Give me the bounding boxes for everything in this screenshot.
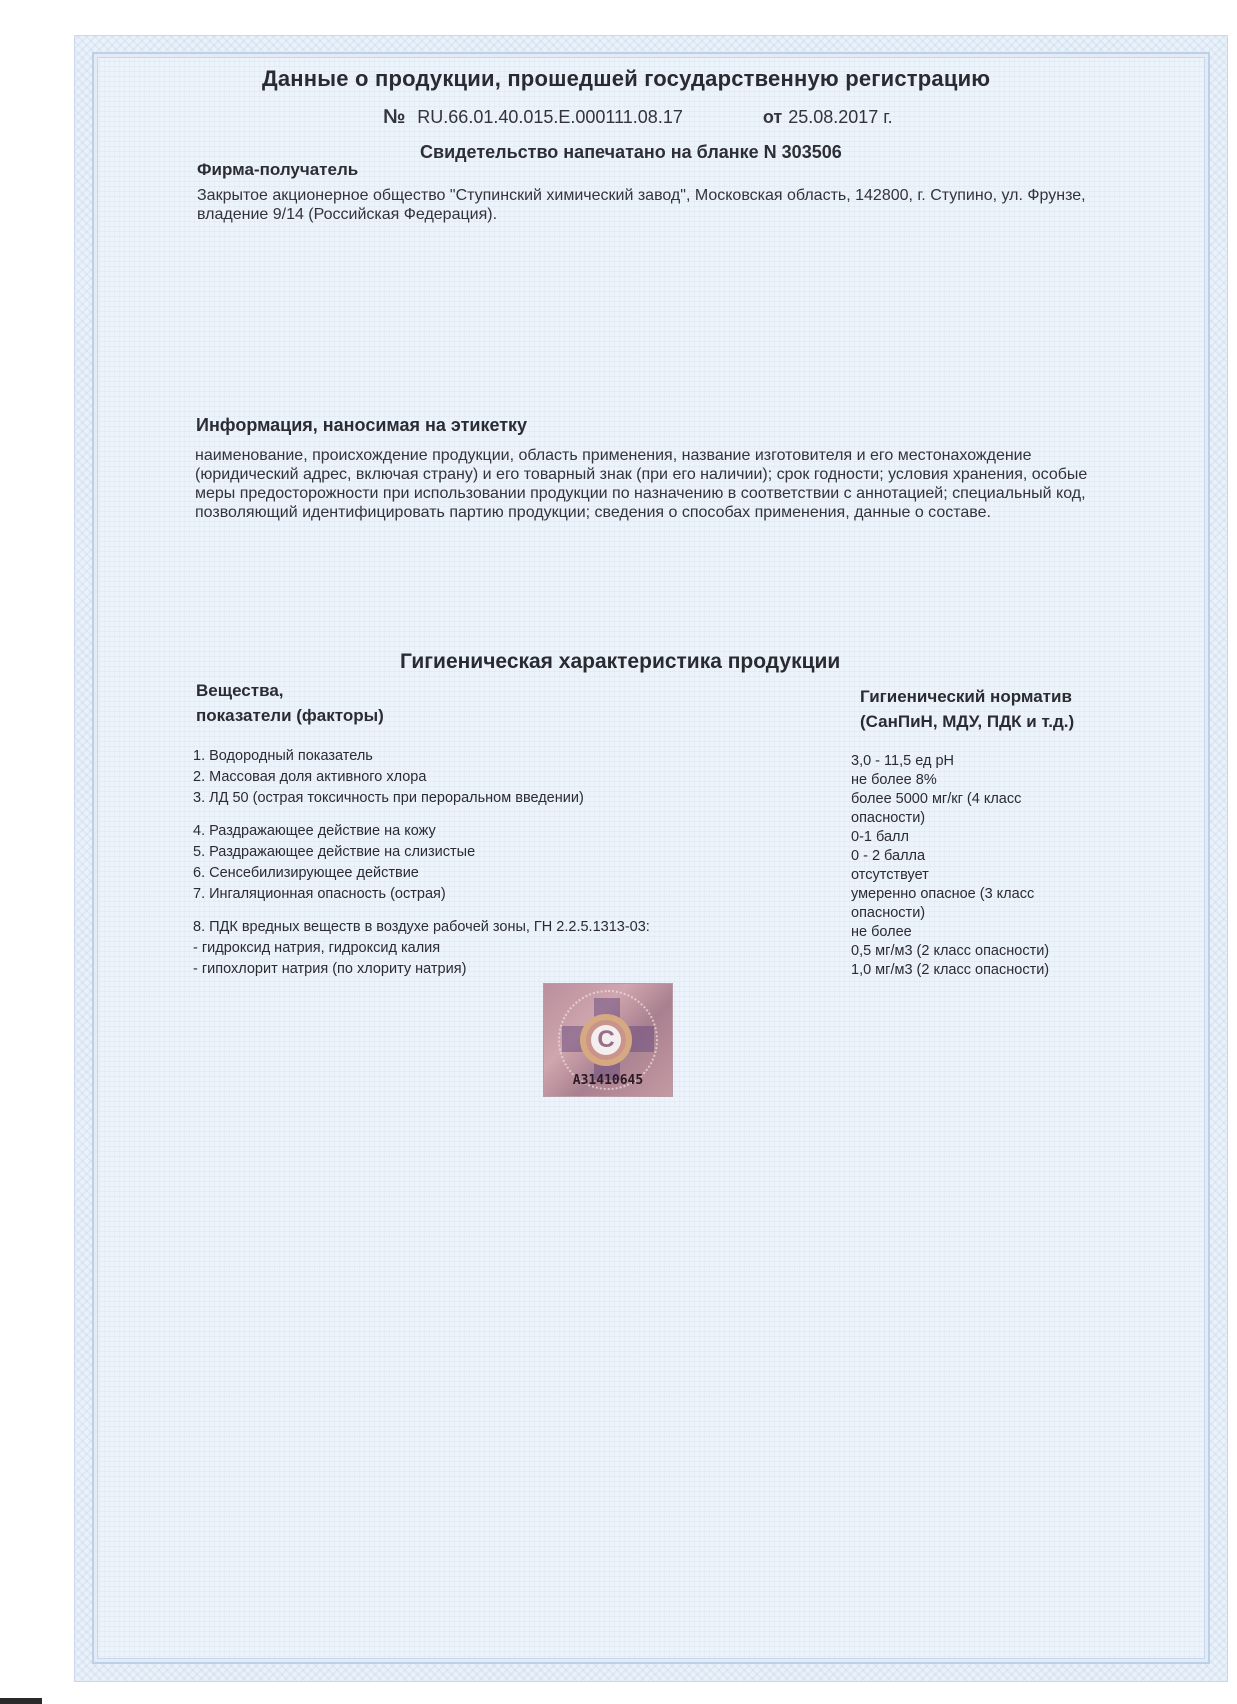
factors-header-line-1: Вещества,	[196, 678, 384, 703]
hologram-serial: A31410645	[554, 1073, 662, 1088]
norm-item: умеренно опасное (3 класс	[851, 885, 1049, 904]
factor-item: 1. Водородный показатель	[193, 746, 650, 767]
norm-item: 0 - 2 балла	[851, 847, 1049, 866]
certification-c-icon: C	[591, 1025, 621, 1055]
date-label: от	[763, 107, 782, 127]
factor-gap	[193, 809, 650, 821]
registration-date: 25.08.2017 г.	[788, 107, 892, 127]
norm-item: 0,5 мг/м3 (2 класс опасности)	[851, 942, 1049, 961]
norm-item: не более 8%	[851, 771, 1049, 790]
norms-header-line-2: (СанПиН, МДУ, ПДК и т.д.)	[860, 709, 1074, 734]
factors-list: 1. Водородный показатель 2. Массовая дол…	[193, 746, 650, 980]
norm-item: 0-1 балл	[851, 828, 1049, 847]
norms-header-line-1: Гигиенический норматив	[860, 684, 1074, 709]
factor-item: - гипохлорит натрия (по хлориту натрия)	[193, 959, 650, 980]
hygiene-title: Гигиеническая характеристика продукции	[400, 650, 840, 674]
factors-header-line-2: показатели (факторы)	[196, 703, 384, 728]
factor-item: 5. Раздражающее действие на слизистые	[193, 842, 650, 863]
factor-gap	[193, 905, 650, 917]
number-sign: №	[383, 106, 405, 128]
norms-list: 3,0 - 11,5 ед pH не более 8% более 5000 …	[851, 752, 1049, 980]
recipient-label: Фирма-получатель	[197, 160, 358, 180]
norm-item: отсутствует	[851, 866, 1049, 885]
factor-item: 7. Ингаляционная опасность (острая)	[193, 884, 650, 905]
norm-item: опасности)	[851, 904, 1049, 923]
label-info-title: Информация, наносимая на этикетку	[196, 415, 527, 436]
factor-item: 3. ЛД 50 (острая токсичность при перорал…	[193, 788, 650, 809]
blank-number-line: Свидетельство напечатано на бланке N 303…	[420, 142, 842, 163]
norm-item: не более	[851, 923, 1049, 942]
factor-item: - гидроксид натрия, гидроксид калия	[193, 938, 650, 959]
hologram-sticker: C A31410645	[543, 983, 673, 1097]
norm-item: 3,0 - 11,5 ед pH	[851, 752, 1049, 771]
norm-item: более 5000 мг/кг (4 класс	[851, 790, 1049, 809]
registration-number: RU.66.01.40.015.E.000111.08.17	[417, 107, 683, 127]
factor-item: 2. Массовая доля активного хлора	[193, 767, 650, 788]
recipient-text: Закрытое акционерное общество "Ступински…	[197, 186, 1097, 224]
factor-item: 6. Сенсебилизирующее действие	[193, 863, 650, 884]
document-title: Данные о продукции, прошедшей государств…	[262, 66, 990, 92]
factor-item: 8. ПДК вредных веществ в воздухе рабочей…	[193, 917, 650, 938]
scan-corner-mark	[0, 1698, 42, 1704]
registration-line: №RU.66.01.40.015.E.000111.08.17от25.08.2…	[383, 106, 893, 129]
norm-item: опасности)	[851, 809, 1049, 828]
factors-header: Вещества, показатели (факторы)	[196, 678, 384, 728]
norm-item: 1,0 мг/м3 (2 класс опасности)	[851, 961, 1049, 980]
norms-header: Гигиенический норматив (СанПиН, МДУ, ПДК…	[860, 684, 1074, 734]
label-info-text: наименование, происхождение продукции, о…	[195, 446, 1095, 522]
factor-item: 4. Раздражающее действие на кожу	[193, 821, 650, 842]
